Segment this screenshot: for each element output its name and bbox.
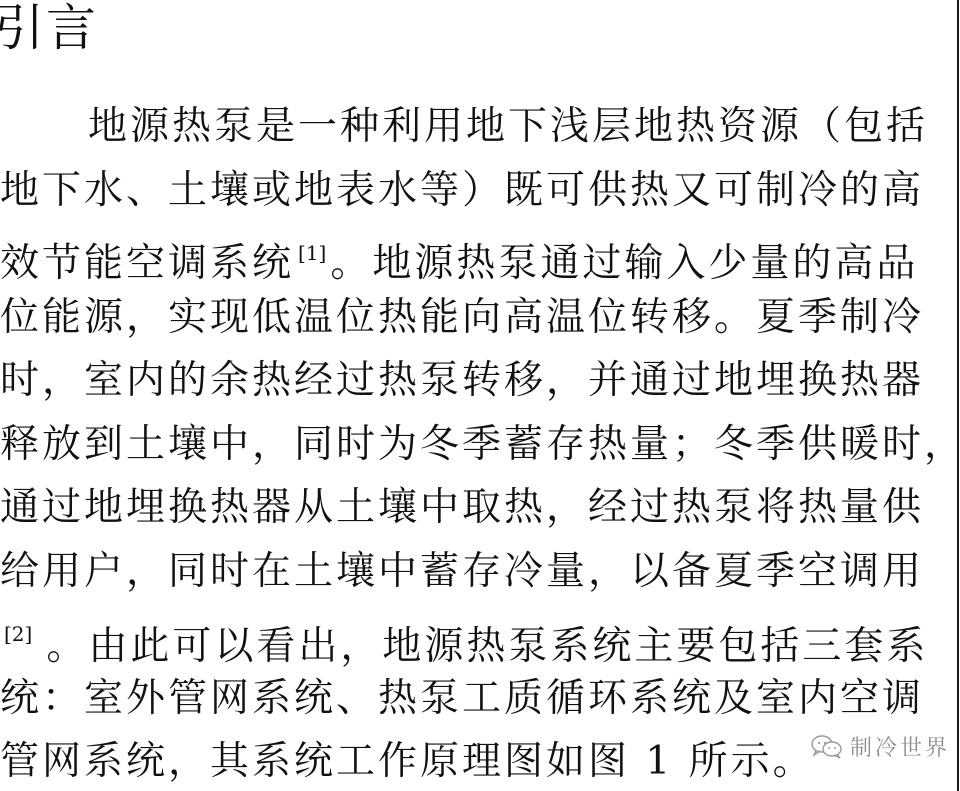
paragraph-line: 给用户，同时在土壤中蓄存冷量，以备夏季空调用 (0, 540, 960, 604)
paragraph-line: 效节能空调系统[1]。地源热泵通过输入少量的高品 (0, 222, 960, 286)
paragraph-line: 位能源，实现低温位热能向高温位转移。夏季制冷 (0, 286, 960, 350)
paragraph-line: 释放到土壤中，同时为冬季蓄存热量；冬季供暖时， (0, 413, 960, 477)
page-edge-divider (957, 0, 959, 791)
document-page: 引言 地源热泵是一种利用地下浅层地热资源（包括 地下水、土壤或地表水等）既可供热… (0, 0, 957, 791)
paragraph-line: 统：室外管网系统、热泵工质循环系统及室内空调 (0, 667, 960, 731)
paragraph-line: 地源热泵是一种利用地下浅层地热资源（包括 (0, 95, 960, 159)
watermark-text: 制冷世界 (850, 731, 950, 762)
paragraph-line: 时，室内的余热经过热泵转移，并通过地埋换热器 (0, 349, 960, 413)
paragraph-line: [2]。由此可以看出，地源热泵系统主要包括三套系 (0, 603, 960, 667)
paragraph-line: 通过地埋换热器从土壤中取热，经过热泵将热量供 (0, 476, 960, 540)
wechat-chat-bubbles-icon (810, 734, 844, 760)
paragraph-text: 效节能空调系统 (0, 241, 294, 286)
paragraph-text: 。由此可以看出，地源热泵系统主要包括三套系 (46, 624, 928, 669)
paragraph-line: 地下水、土壤或地表水等）既可供热又可制冷的高 (0, 159, 960, 223)
paragraph-introduction: 地源热泵是一种利用地下浅层地热资源（包括 地下水、土壤或地表水等）既可供热又可制… (0, 95, 960, 791)
citation-ref-2[interactable]: [2] (4, 622, 32, 646)
section-heading: 引言 (0, 0, 98, 58)
citation-ref-1[interactable]: [1] (298, 241, 326, 265)
watermark: 制冷世界 (810, 731, 950, 762)
paragraph-text: 。地源热泵通过输入少量的高品 (330, 241, 918, 286)
